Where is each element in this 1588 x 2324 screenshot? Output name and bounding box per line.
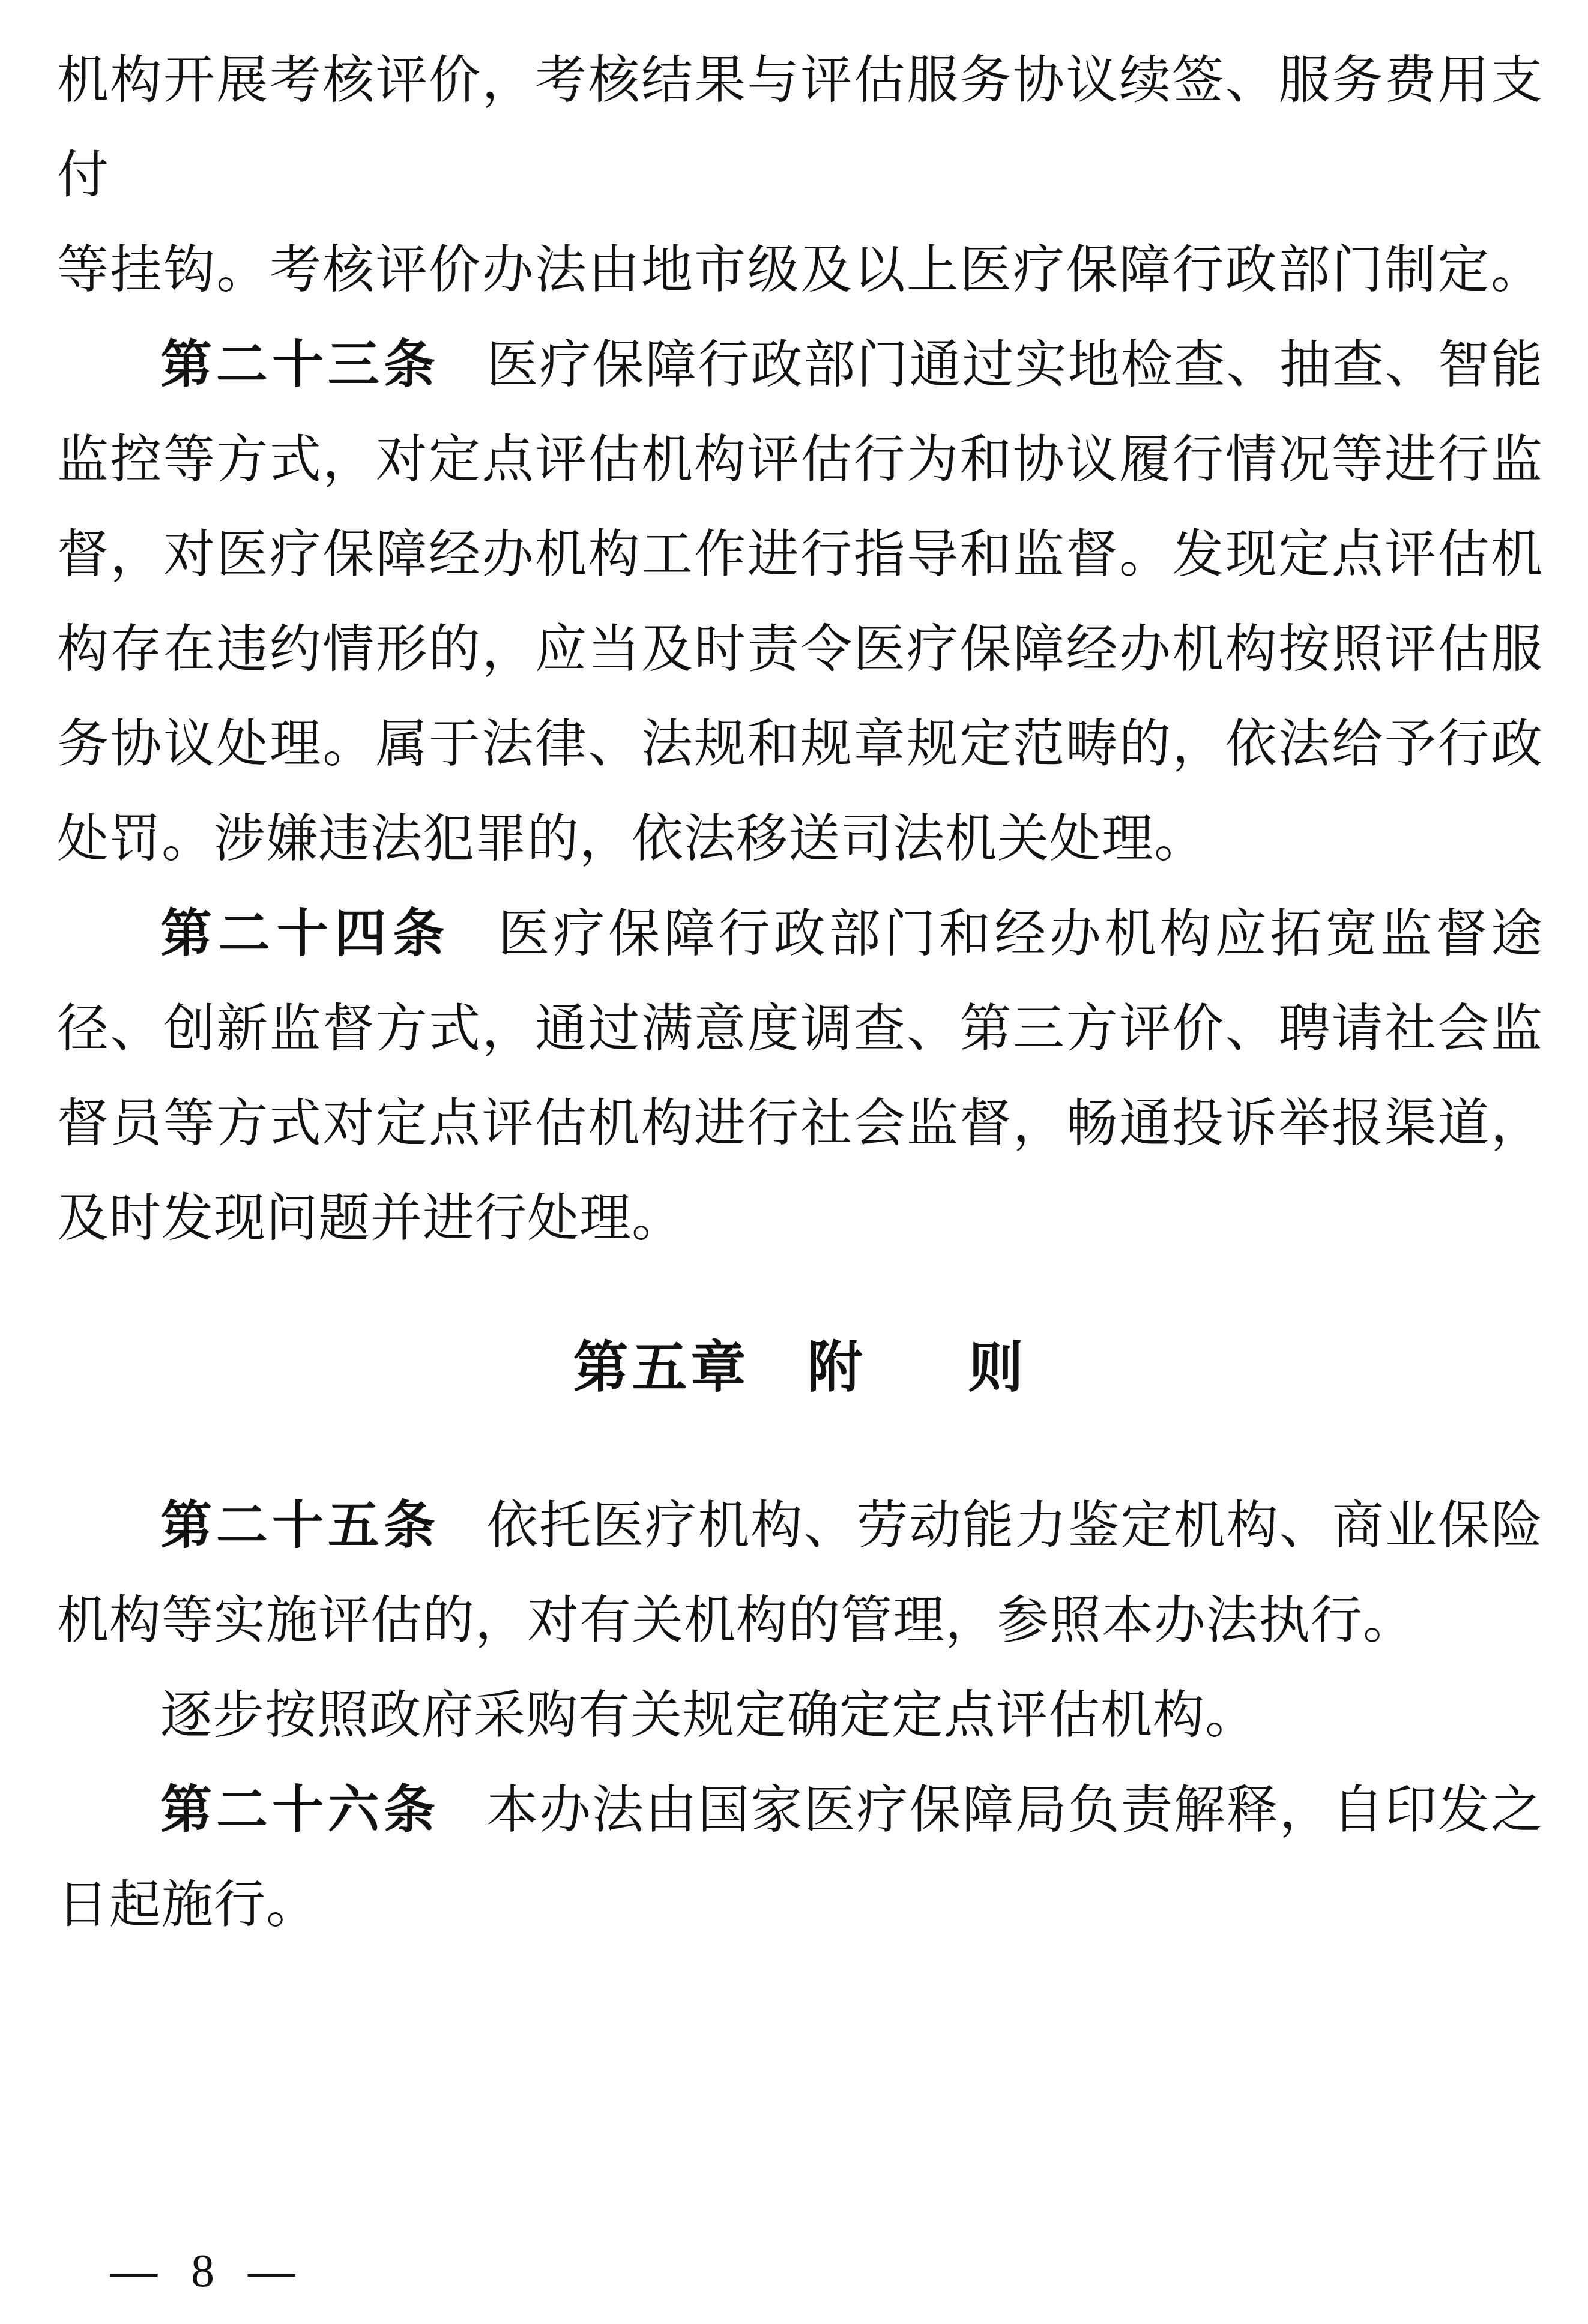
text-line: 处罚。涉嫌违法犯罪的，依法移送司法机关处理。 xyxy=(57,792,1543,887)
line-text: 监控等方式，对定点评估机构评估行为和协议履行情况等进行监 xyxy=(57,431,1543,489)
line-text: 医疗保障行政部门和经办机构应拓宽监督途 xyxy=(498,905,1543,963)
line-text: 机构开展考核评价，考核结果与评估服务协议续签、服务费用支付 xyxy=(57,52,1543,204)
line-text: 等挂钩。考核评价办法由地市级及以上医疗保障行政部门制定。 xyxy=(57,241,1543,299)
text-line: 督，对医疗保障经办机构工作进行指导和监督。发现定点评估机 xyxy=(57,507,1543,602)
line-text: 依托医疗机构、劳动能力鉴定机构、商业保险 xyxy=(486,1497,1543,1555)
article-label: 第二十四条 xyxy=(160,905,451,963)
chapter-number: 第五章 xyxy=(573,1337,749,1398)
document-body: 机构开展考核评价，考核结果与评估服务协议续签、服务费用支付 等挂钩。考核评价办法… xyxy=(0,0,1588,1952)
text-line: 监控等方式，对定点评估机构评估行为和协议履行情况等进行监 xyxy=(57,412,1543,507)
line-text: 日起施行。 xyxy=(57,1876,318,1934)
text-line-article-23: 第二十三条医疗保障行政部门通过实地检查、抽查、智能 xyxy=(57,318,1543,412)
line-text: 本办法由国家医疗保障局负责解释，自印发之 xyxy=(486,1781,1543,1839)
chapter-heading: 第五章附则 xyxy=(57,1320,1543,1415)
chapter-title-char: 附 xyxy=(807,1337,866,1398)
line-text: 务协议处理。属于法律、法规和规章规定范畴的，依法给予行政 xyxy=(57,715,1543,773)
footer-dash: — xyxy=(248,2244,295,2296)
text-line: 务协议处理。属于法律、法规和规章规定范畴的，依法给予行政 xyxy=(57,697,1543,792)
text-line-article-26: 第二十六条本办法由国家医疗保障局负责解释，自印发之 xyxy=(57,1763,1543,1858)
text-line: 等挂钩。考核评价办法由地市级及以上医疗保障行政部门制定。 xyxy=(57,223,1543,318)
line-text: 逐步按照政府采购有关规定确定定点评估机构。 xyxy=(160,1687,1257,1744)
text-line: 督员等方式对定点评估机构进行社会监督，畅通投诉举报渠道， xyxy=(57,1076,1543,1171)
line-text: 及时发现问题并进行处理。 xyxy=(57,1190,684,1247)
page-number-footer: —8— xyxy=(110,2244,295,2298)
text-line-article-25: 第二十五条依托医疗机构、劳动能力鉴定机构、商业保险 xyxy=(57,1478,1543,1573)
text-line: 构存在违约情形的，应当及时责令医疗保障经办机构按照评估服 xyxy=(57,602,1543,697)
text-line: 径、创新监督方式，通过满意度调查、第三方评价、聘请社会监 xyxy=(57,981,1543,1076)
text-line: 机构开展考核评价，考核结果与评估服务协议续签、服务费用支付 xyxy=(57,33,1543,223)
article-label: 第二十六条 xyxy=(160,1781,439,1839)
text-line-article-24: 第二十四条医疗保障行政部门和经办机构应拓宽监督途 xyxy=(57,887,1543,981)
text-line: 日起施行。 xyxy=(57,1858,1543,1952)
text-line: 机构等实施评估的，对有关机构的管理，参照本办法执行。 xyxy=(57,1573,1543,1668)
footer-dash: — xyxy=(110,2244,157,2296)
line-text: 径、创新监督方式，通过满意度调查、第三方评价、聘请社会监 xyxy=(57,1000,1543,1058)
document-page: 机构开展考核评价，考核结果与评估服务协议续签、服务费用支付 等挂钩。考核评价办法… xyxy=(0,0,1588,2324)
text-line: 逐步按照政府采购有关规定确定定点评估机构。 xyxy=(57,1668,1543,1763)
line-text: 督员等方式对定点评估机构进行社会监督，畅通投诉举报渠道， xyxy=(57,1095,1543,1152)
line-text: 构存在违约情形的，应当及时责令医疗保障经办机构按照评估服 xyxy=(57,621,1543,678)
line-text: 督，对医疗保障经办机构工作进行指导和监督。发现定点评估机 xyxy=(57,526,1543,583)
article-label: 第二十三条 xyxy=(160,336,439,394)
line-text: 处罚。涉嫌违法犯罪的，依法移送司法机关处理。 xyxy=(57,810,1206,868)
chapter-title-char: 则 xyxy=(968,1337,1027,1398)
text-line: 及时发现问题并进行处理。 xyxy=(57,1171,1543,1266)
article-label: 第二十五条 xyxy=(160,1497,439,1555)
page-number: 8 xyxy=(191,2244,214,2296)
line-text: 医疗保障行政部门通过实地检查、抽查、智能 xyxy=(486,336,1543,394)
line-text: 机构等实施评估的，对有关机构的管理，参照本办法执行。 xyxy=(57,1592,1415,1649)
